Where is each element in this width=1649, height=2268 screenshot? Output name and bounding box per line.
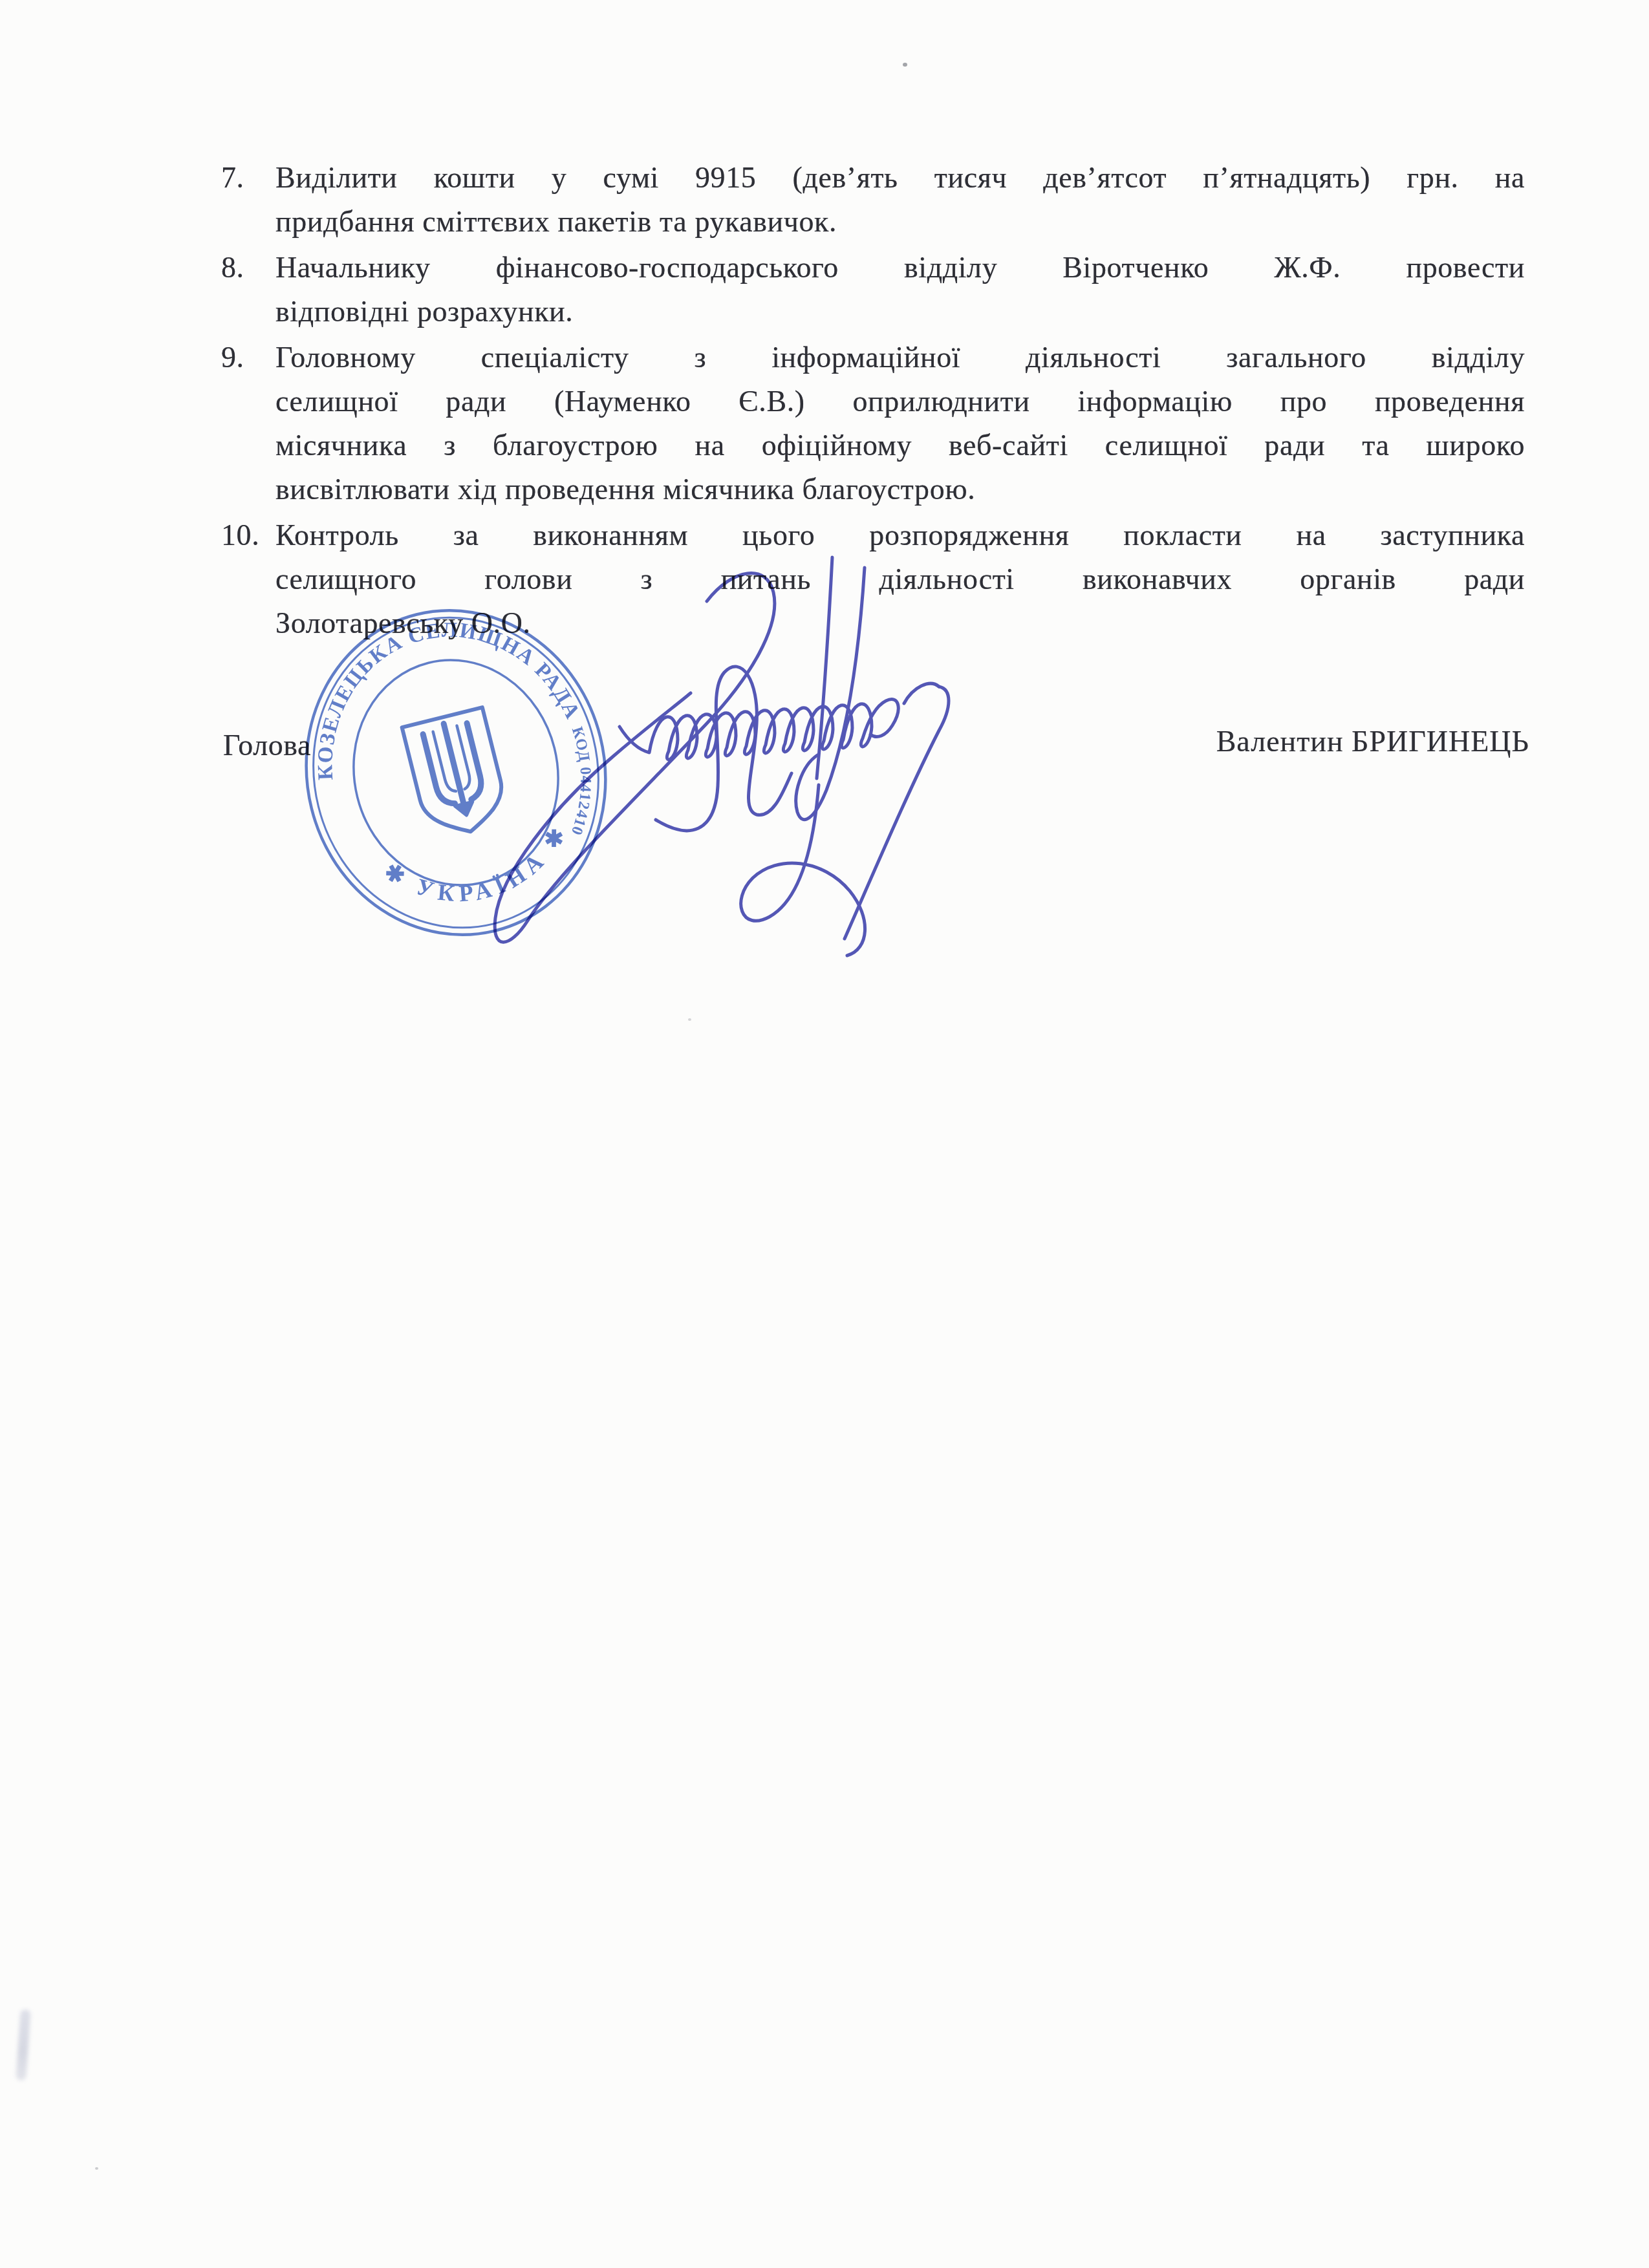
list-item-number: 10. xyxy=(221,513,259,557)
text-line: придбання сміттєвих пакетів та рукавичок… xyxy=(275,200,1525,244)
text-line: місячника з благоустрою на офіційному ве… xyxy=(275,423,1525,467)
text-line: Головному спеціалісту з інформаційної ді… xyxy=(275,336,1525,380)
signer-name: Валентин БРИГИНЕЦЬ xyxy=(1216,724,1529,758)
list-item: 9. Головному спеціалісту з інформаційної… xyxy=(221,336,1525,511)
text-line: Виділити кошти у сумі 9915 (дев’ять тися… xyxy=(275,156,1525,200)
list-item-number: 7. xyxy=(221,156,244,200)
list-item: 7. Виділити кошти у сумі 9915 (дев’ять т… xyxy=(221,156,1525,244)
scan-smudge-artifact xyxy=(16,2009,31,2081)
list-item-body: Начальнику фінансово-господарського відд… xyxy=(275,246,1525,334)
list-item-number: 9. xyxy=(221,336,244,380)
scan-speck-artifact xyxy=(903,63,907,67)
handwritten-signature xyxy=(446,530,989,983)
text-line: Начальнику фінансово-господарського відд… xyxy=(275,246,1525,290)
list-item-body: Головному спеціалісту з інформаційної ді… xyxy=(275,336,1525,511)
list-item-number: 8. xyxy=(221,246,244,290)
scan-speck-artifact xyxy=(688,1018,691,1021)
text-line: висвітлювати хід проведення місячника бл… xyxy=(275,467,1525,511)
text-line: відповідні розрахунки. xyxy=(275,290,1525,334)
signature-ink-group xyxy=(495,557,949,956)
text-line: селищної ради (Науменко Є.В.) оприлюднит… xyxy=(275,380,1525,423)
list-item-body: Виділити кошти у сумі 9915 (дев’ять тися… xyxy=(275,156,1525,244)
scanned-document-page: 7. Виділити кошти у сумі 9915 (дев’ять т… xyxy=(0,0,1649,2268)
list-item: 8. Начальнику фінансово-господарського в… xyxy=(221,246,1525,334)
scan-speck-artifact xyxy=(95,2167,98,2170)
